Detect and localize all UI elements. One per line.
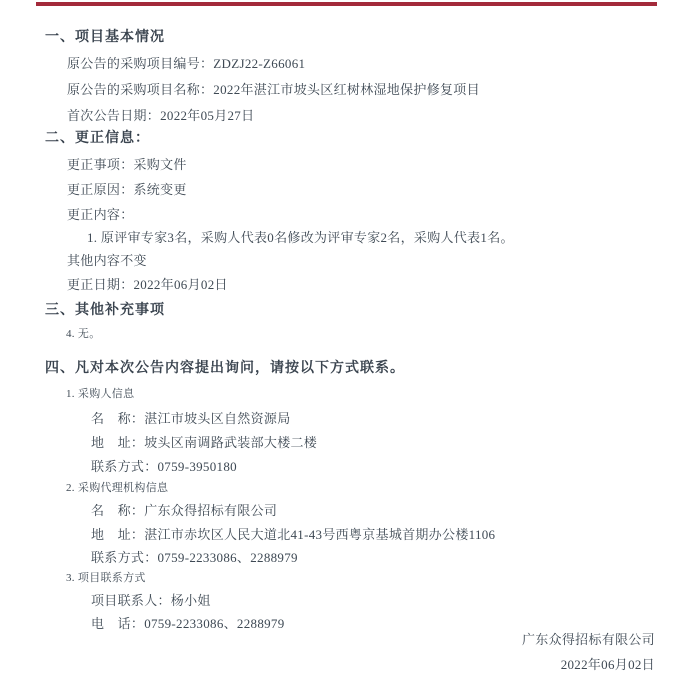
footer-company-name: 广东众得招标有限公司 [522,631,655,648]
original-project-number-line: 原公告的采购项目编号：ZDZJ22-Z66061 [67,55,305,72]
project-contact-phone-line: 电 话：0759-2233086、2288979 [91,615,285,632]
correction-reason-line: 更正原因：系统变更 [67,181,187,198]
supplementary-none-line: 4. 无。 [66,327,101,341]
agency-name-line: 名 称：广东众得招标有限公司 [91,502,277,519]
section-4-heading: 四、凡对本次公告内容提出询问，请按以下方式联系。 [45,360,405,377]
section-2-heading: 二、更正信息： [45,130,150,147]
project-contact-person-line: 项目联系人：杨小姐 [91,592,211,609]
agency-info-title: 2. 采购代理机构信息 [66,481,168,495]
section-3-heading: 三、其他补充事项 [45,302,165,319]
other-content-unchanged-line: 其他内容不变 [67,252,147,269]
agency-address-line: 地 址：湛江市赤坎区人民大道北41-43号西粤京基城首期办公楼1106 [91,526,495,543]
correction-item-line: 更正事项：采购文件 [67,156,187,173]
section-1-heading: 一、项目基本情况 [45,29,165,46]
correction-content-detail-line: 1. 原评审专家3名，采购人代表0名修改为评审专家2名，采购人代表1名。 [87,229,514,246]
top-accent-line [36,2,657,6]
correction-date-line: 更正日期：2022年06月02日 [67,276,228,293]
original-project-name-line: 原公告的采购项目名称：2022年湛江市坡头区红树林湿地保护修复项目 [67,81,480,98]
purchaser-info-title: 1. 采购人信息 [66,387,134,401]
footer-date: 2022年06月02日 [561,656,655,673]
purchaser-address-line: 地 址：坡头区南调路武装部大楼二楼 [91,434,317,451]
project-contact-title: 3. 项目联系方式 [66,571,146,585]
purchaser-name-line: 名 称：湛江市坡头区自然资源局 [91,410,291,427]
correction-content-label-line: 更正内容： [67,206,134,223]
agency-contact-line: 联系方式：0759-2233086、2288979 [91,549,298,566]
first-announcement-date-line: 首次公告日期：2022年05月27日 [67,107,254,124]
purchaser-contact-line: 联系方式：0759-3950180 [91,458,237,475]
